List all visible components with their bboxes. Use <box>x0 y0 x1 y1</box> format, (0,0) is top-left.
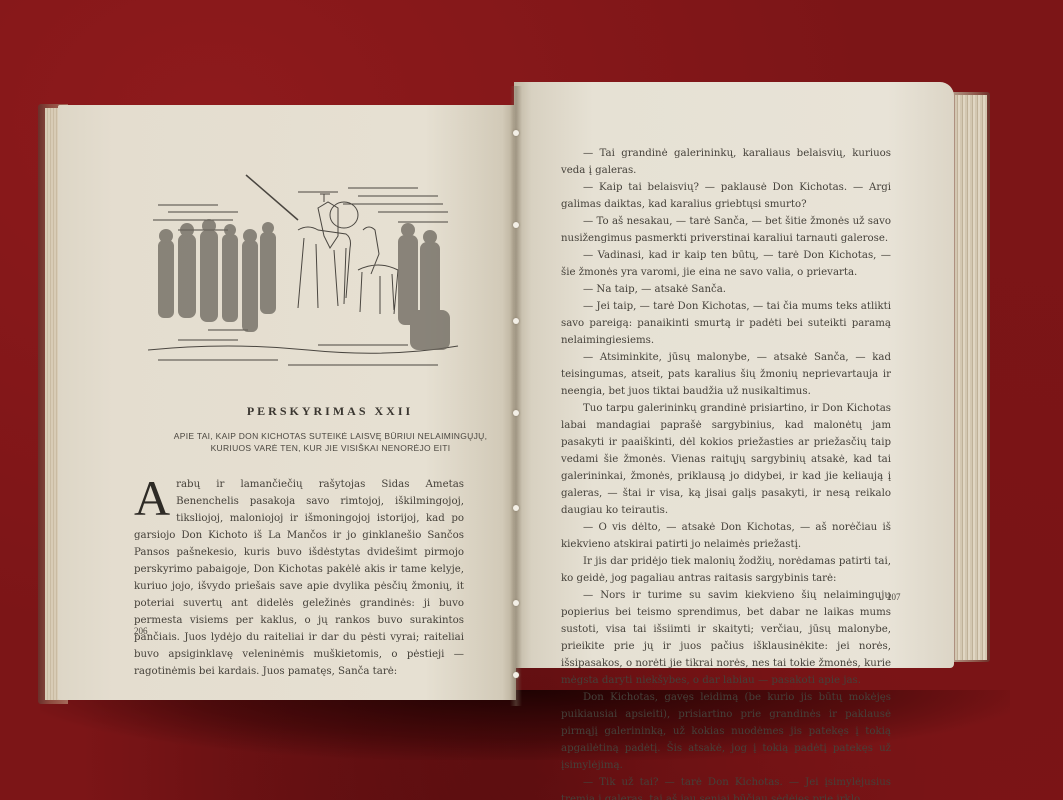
paragraph: — To aš nesakau, — tarė Sanča, — bet šit… <box>561 213 891 247</box>
book-gutter <box>510 86 522 706</box>
page-number-left: 206 <box>134 626 148 636</box>
paragraph: Don Kichotas, gavęs leidimą (be kurio ji… <box>561 689 891 774</box>
engraving-illustration-icon <box>148 160 460 372</box>
paragraph: — Jei taip, — tarė Don Kichotas, — tai č… <box>561 298 891 349</box>
paragraph: — Tik už tai? — tarė Don Kichotas. — Jei… <box>561 774 891 800</box>
chapter-subtitle: APIE TAI, KAIP DON KICHOTAS SUTEIKĖ LAIS… <box>168 430 493 454</box>
binding-stitch <box>513 222 519 228</box>
left-page-text: A rabų ir lamančiečių rašytojas Sidas Am… <box>134 476 464 680</box>
page-edges-right <box>955 95 987 660</box>
drop-cap: A <box>134 478 170 518</box>
binding-stitch <box>513 318 519 324</box>
page-number-right: 207 <box>887 592 901 602</box>
paragraph: — O vis dėlto, — atsakė Don Kichotas, — … <box>561 519 891 553</box>
paragraph: — Vadinasi, kad ir kaip ten būtų, — tarė… <box>561 247 891 281</box>
binding-stitch <box>513 130 519 136</box>
right-page-text: — Tai grandinė galerininkų, karaliaus be… <box>561 145 891 800</box>
chapter-title: PERSKYRIMAS XXII <box>140 404 520 419</box>
paragraph: — Nors ir turime su savim kiekvieno šių … <box>561 587 891 689</box>
paragraph: rabų ir lamančiečių rašytojas Sidas Amet… <box>134 476 464 680</box>
paragraph: Ir jis dar pridėjo tiek malonių žodžių, … <box>561 553 891 587</box>
binding-stitch <box>513 600 519 606</box>
paragraph: Tuo tarpu galerininkų grandinė prisiarti… <box>561 400 891 519</box>
paragraph: — Atsiminkite, jūsų malonybe, — atsakė S… <box>561 349 891 400</box>
paragraph: — Kaip tai belaisvių? — paklausė Don Kic… <box>561 179 891 213</box>
binding-stitch <box>513 672 519 678</box>
binding-stitch <box>513 505 519 511</box>
paragraph: — Tai grandinė galerininkų, karaliaus be… <box>561 145 891 179</box>
paragraph: — Na taip, — atsakė Sanča. <box>561 281 891 298</box>
